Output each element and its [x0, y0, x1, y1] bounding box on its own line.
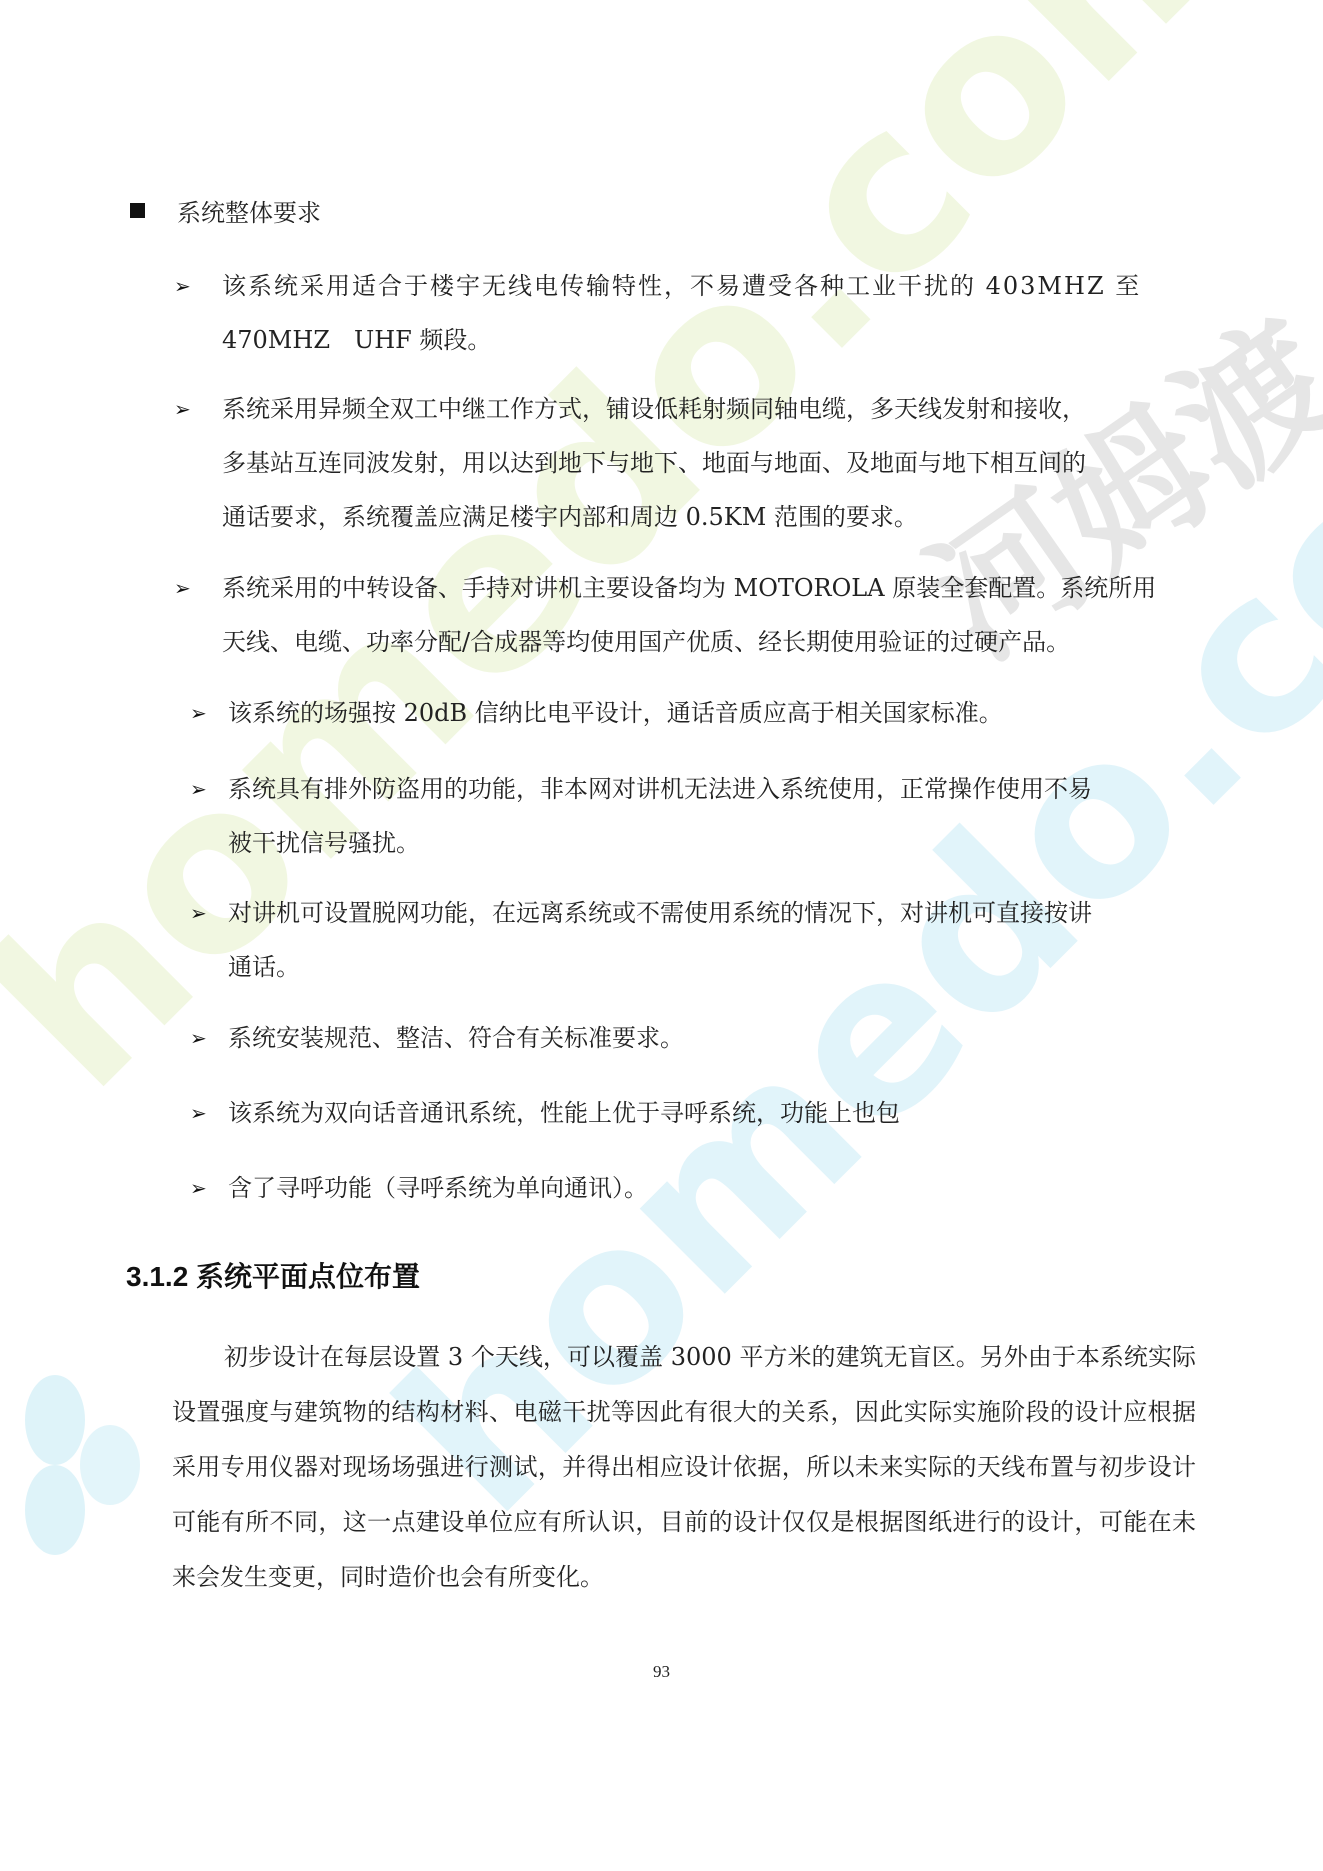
- arrow-bullet-icon: ➢: [174, 561, 196, 615]
- section-heading-text: 系统整体要求: [177, 193, 321, 228]
- list-item: ➢ 系统采用的中转设备、手持对讲机主要设备均为 MOTOROLA 原装全套配置。…: [174, 561, 1204, 669]
- list-item-line: 系统安装规范、整洁、符合有关标准要求。: [190, 1011, 1205, 1065]
- document-page: 系统整体要求 ➢ 该系统采用适合于楼宇无线电传输特性，不易遭受各种工业干扰的 4…: [0, 0, 1323, 1871]
- arrow-bullet-icon: ➢: [174, 382, 196, 436]
- list-item: ➢ 该系统为双向话音通讯系统，性能上优于寻呼系统，功能上也包: [190, 1086, 1205, 1140]
- list-item-line: 通话。: [190, 940, 1205, 994]
- list-item-line: 该系统为双向话音通讯系统，性能上优于寻呼系统，功能上也包: [190, 1086, 1205, 1140]
- list-item-line: 470MHZ UHF 频段。: [174, 313, 1204, 367]
- list-item: ➢ 该系统采用适合于楼宇无线电传输特性，不易遭受各种工业干扰的 403MHZ 至…: [174, 259, 1204, 367]
- page-number: 93: [0, 1662, 1323, 1682]
- list-item-line: 通话要求，系统覆盖应满足楼宇内部和周边 0.5KM 范围的要求。: [174, 490, 1204, 544]
- arrow-bullet-icon: ➢: [190, 886, 212, 940]
- list-item: ➢ 对讲机可设置脱网功能，在远离系统或不需使用系统的情况下，对讲机可直接按讲 通…: [190, 886, 1205, 994]
- arrow-bullet-icon: ➢: [190, 1161, 212, 1215]
- list-item-line: 被干扰信号骚扰。: [190, 816, 1205, 870]
- body-paragraph: 初步设计在每层设置 3 个天线，可以覆盖 3000 平方米的建筑无盲区。另外由于…: [172, 1330, 1196, 1605]
- list-item-line: 天线、电缆、功率分配/合成器等均使用国产优质、经长期使用验证的过硬产品。: [174, 615, 1204, 669]
- arrow-bullet-icon: ➢: [190, 1011, 212, 1065]
- arrow-bullet-icon: ➢: [190, 686, 212, 740]
- list-item-line: 对讲机可设置脱网功能，在远离系统或不需使用系统的情况下，对讲机可直接按讲: [190, 886, 1205, 940]
- section-heading: 系统整体要求: [130, 193, 321, 228]
- arrow-bullet-icon: ➢: [190, 762, 212, 816]
- list-item: ➢ 该系统的场强按 20dB 信纳比电平设计，通话音质应高于相关国家标准。: [190, 686, 1205, 740]
- list-item-line: 系统采用异频全双工中继工作方式，铺设低耗射频同轴电缆，多天线发射和接收，: [174, 382, 1204, 436]
- list-item: ➢ 系统采用异频全双工中继工作方式，铺设低耗射频同轴电缆，多天线发射和接收， 多…: [174, 382, 1204, 544]
- arrow-bullet-icon: ➢: [190, 1086, 212, 1140]
- square-bullet-icon: [130, 203, 145, 218]
- list-item: ➢ 系统具有排外防盗用的功能，非本网对讲机无法进入系统使用，正常操作使用不易 被…: [190, 762, 1205, 870]
- list-item-line: 系统具有排外防盗用的功能，非本网对讲机无法进入系统使用，正常操作使用不易: [190, 762, 1205, 816]
- section-title: 3.1.2 系统平面点位布置: [126, 1255, 420, 1295]
- list-item-line: 含了寻呼功能（寻呼系统为单向通讯）。: [190, 1161, 1205, 1215]
- list-item: ➢ 系统安装规范、整洁、符合有关标准要求。: [190, 1011, 1205, 1065]
- list-item: ➢ 含了寻呼功能（寻呼系统为单向通讯）。: [190, 1161, 1205, 1215]
- list-item-line: 该系统的场强按 20dB 信纳比电平设计，通话音质应高于相关国家标准。: [190, 686, 1205, 740]
- list-item-line: 系统采用的中转设备、手持对讲机主要设备均为 MOTOROLA 原装全套配置。系统…: [174, 561, 1204, 615]
- list-item-line: 多基站互连同波发射，用以达到地下与地下、地面与地面、及地面与地下相互间的: [174, 436, 1204, 490]
- list-item-line: 该系统采用适合于楼宇无线电传输特性，不易遭受各种工业干扰的 403MHZ 至: [174, 259, 1204, 313]
- arrow-bullet-icon: ➢: [174, 259, 196, 313]
